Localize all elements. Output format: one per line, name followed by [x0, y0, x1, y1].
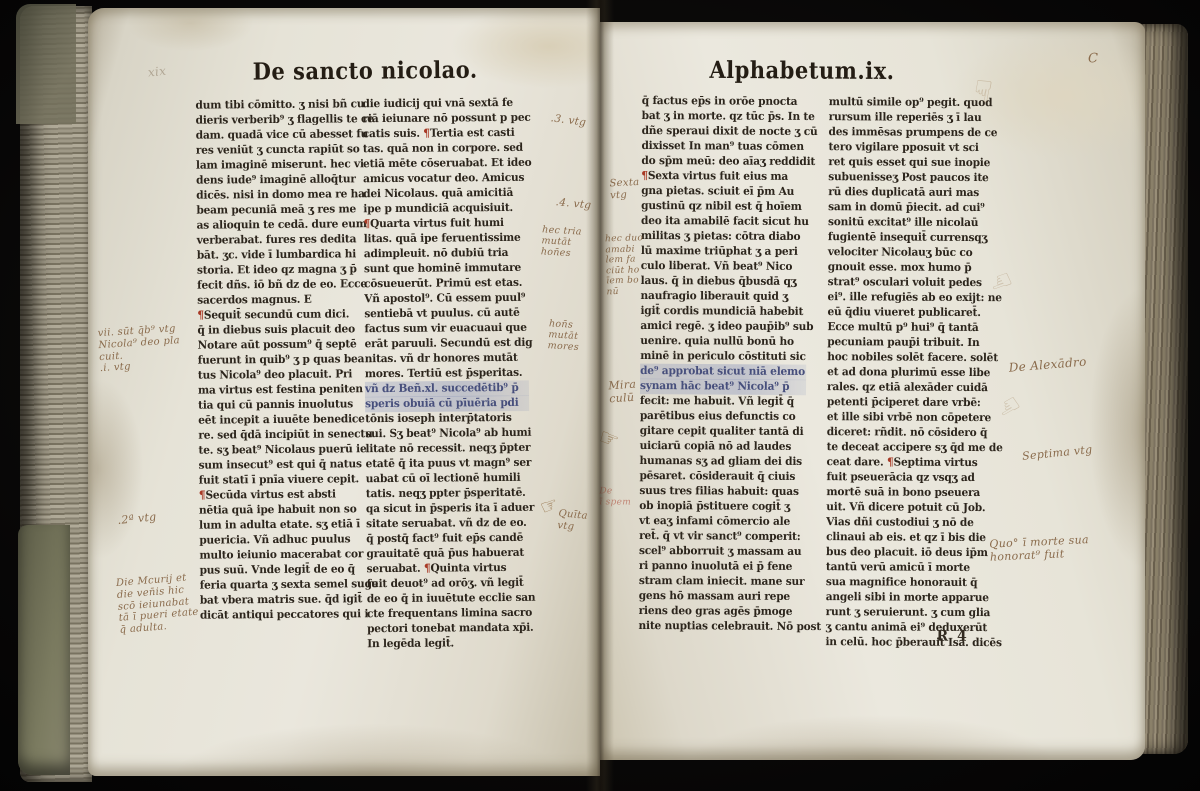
text-line: parētibus eius defunctis co — [640, 409, 806, 426]
right-page: Alphabetum.ix. C q̄ factus ep̄s in orōe … — [600, 22, 1145, 760]
text-line: rales. qz etiā alexāder cuidā — [827, 380, 991, 397]
text-line: diceret: rñdit. nō cōsidero q̄ — [827, 425, 991, 442]
text-line: fugientē insequit̄ currensqʒ — [828, 230, 992, 247]
text-line: bat ʒ in morte. qz tūc p̄s. In te — [642, 109, 808, 126]
text-line: ret̄. q̄ vt vir sanct⁹ comperit: — [639, 529, 805, 546]
signature-mark: R 4 — [936, 628, 968, 645]
text-line: gna pietas. sciuit eī p̄m Au — [641, 184, 807, 201]
margin-note-red: De ī spem — [599, 486, 631, 507]
text-line: ceat dare. ¶Septima virtus — [827, 455, 991, 472]
photo-backdrop: De sancto nicolao. dum tibi cōmitto. ʒ n… — [0, 0, 1200, 791]
text-line: lū maxime triūphat ʒ a peri — [641, 244, 807, 261]
margin-note-seventh-virtue: Septima vtg — [1022, 444, 1093, 464]
text-line: suus tres filias habuit: quas — [639, 484, 805, 501]
text-line: do sp̄m meū: deo aīaʒ reddidit — [641, 154, 807, 171]
rubric-mark: ¶ — [641, 170, 648, 183]
text-line: rursum ille reperiēs ʒ ī lau — [829, 110, 993, 127]
text-line: sua magnifice honorauit q̄ — [826, 575, 990, 592]
text-line: uit. Vñ dicere potuit cū Job. — [826, 500, 990, 517]
margin-note-honores: hon̄s mutāt mores — [547, 318, 580, 353]
right-page-header: Alphabetum.ix. — [642, 55, 962, 85]
text-line: uenire. quia nullū bonū ho — [640, 334, 806, 351]
text-line: culo liberat. Vñ beat⁹ Nico — [641, 259, 807, 276]
text-line: et ad dona plurimū esse libe — [827, 365, 991, 382]
margin-note-third-virtue: .3. vtg — [550, 112, 587, 129]
text-line: de⁹ approbat sicut niā elemo — [640, 364, 806, 381]
text-line: Ecce multū p⁹ hui⁹ q̄ tantā — [827, 320, 991, 337]
text-line: rū dies duplicatā auri mas — [828, 185, 992, 202]
corner-letter: C — [1088, 51, 1098, 66]
left-page-margin-notes: xixvii. sūt q̄b⁹ vtg Nicola⁹ deo pla cui… — [85, 6, 597, 10]
text-line: runt ʒ seruierunt. ʒ cum glia — [826, 605, 990, 622]
text-line: dixisset In man⁹ tuas cōmen — [641, 139, 807, 156]
text-line: et ille sibi vrbē non cōpetere — [827, 410, 991, 427]
text-line: eū q̄diu viueret publicaret̄. — [827, 305, 991, 322]
text-line: dñe speraui dixit de nocte ʒ cū — [642, 124, 808, 141]
text-line: deo ita amabilē facit sicut hu — [641, 214, 807, 231]
text-line: scel⁹ abborruit ʒ massam au — [639, 544, 805, 561]
text-line: dicāt antiqui peccatores qui i — [200, 607, 366, 624]
text-line: clinaui ab eis. et qz ī bis die — [826, 530, 990, 547]
text-line: tantū verū amicū ī morte — [826, 560, 990, 577]
text-line: ¶Sexta virtus fuit eius ma — [641, 169, 807, 186]
left-page: De sancto nicolao. dum tibi cōmitto. ʒ n… — [88, 8, 600, 776]
text-line: gnouit esse. mox humo p̄ — [828, 260, 992, 277]
rubric-mark: ¶ — [199, 489, 206, 502]
text-line: angeli sibi in morte apparue — [826, 590, 990, 607]
manicule-icon: ☞ — [595, 424, 623, 455]
text-line: q̄ factus ep̄s in orōe pnocta — [642, 94, 808, 111]
rubric-mark: ¶ — [197, 309, 204, 322]
margin-note-fifth-virtue: Quīta vtg — [557, 508, 588, 534]
text-line: mortē suā in bono pseuera — [826, 485, 990, 502]
margin-note-in-morte: Quo° ī morte sua honorat⁹ fuit — [989, 534, 1090, 565]
margin-note-hec-duo: hec duo amabi lem fa ciūt ho īem bo nū — [605, 233, 645, 298]
text-line: strat⁹ osculari voluit pedes — [828, 275, 992, 292]
text-line: gitare cepit qualiter tantā di — [640, 424, 806, 441]
text-line: ri panno inuolutā ei p̄ fene — [639, 559, 805, 576]
text-line: petenti p̄ciperet dare vrbē: — [827, 395, 991, 412]
text-line: tero vigilare pposuit vt sci — [828, 140, 992, 157]
text-line: naufragio liberauit quid ʒ — [641, 289, 807, 306]
text-line: militas ʒ pietas: cōtra diabo — [641, 229, 807, 246]
rubric-mark: ¶ — [423, 127, 430, 140]
text-line: In legēda legit̄. — [367, 635, 531, 652]
rubric-mark: ¶ — [887, 456, 894, 469]
text-line: humanas sʒ ad gliam dei dis — [640, 454, 806, 471]
text-line: Vias dñi custodiui ʒ nō de — [826, 515, 990, 532]
text-line: laus. q̄ in diebus q̄busdā qʒ — [641, 274, 807, 291]
text-line: synam hāc beat⁹ Nicola⁹ p̄ — [640, 379, 806, 396]
text-line: amici regē. ʒ ideo paup̄ib⁹ sub — [640, 319, 806, 336]
rubric-mark: ¶ — [424, 562, 431, 575]
text-line: bus deo placuit. iō deus ip̄m — [826, 545, 990, 562]
text-line: vt eaʒ infami cōmercio ale — [639, 514, 805, 531]
text-line: subuenisseʒ Post paucos ite — [828, 170, 992, 187]
margin-note-sixth-virtue: Sexta vtg — [609, 177, 640, 202]
margin-note-fasting: Die Mcurij et die ven̄is hic scō ieiunab… — [116, 572, 200, 637]
margin-note-hec-tria: hec tria mutāt hon̄es — [540, 224, 582, 260]
text-line: gens hō massam auri repe — [639, 589, 805, 606]
folio-mark: xix — [147, 64, 167, 80]
right-column-1: q̄ factus ep̄s in orōe pnoctabat ʒ in mo… — [639, 94, 808, 635]
text-line: nite nuptias celebrauit. Nō post — [639, 619, 805, 636]
text-line: pēsaret. cōsiderauit q̄ ciuis — [639, 469, 805, 486]
text-line: te deceat accipere sʒ q̄d me de — [827, 440, 991, 457]
text-line: stram clam iniecit. mane sur — [639, 574, 805, 591]
rubric-mark: ¶ — [363, 218, 370, 231]
text-line: igit̄ cordis mundiciā habebit — [640, 304, 806, 321]
left-page-header: De sancto nicolao. — [215, 55, 515, 86]
text-line: ei⁹. ille refugiēs ab eo exijt: ne — [828, 290, 992, 307]
left-column-2: die iudicij qui vnā sextā feriā ieiunare… — [362, 95, 531, 651]
text-line: pecuniam paup̄i tribuit. In — [827, 335, 991, 352]
manicule-icon: ☞ — [990, 386, 1026, 424]
right-column-2: multū simile op⁹ pegit. quodrursum ille … — [825, 95, 992, 651]
margin-note-second-virtue: .2ª vtg — [117, 511, 157, 528]
text-line: ret quis esset qui sue inopie — [828, 155, 992, 172]
margin-note-de-alexandro: De Alexādro — [1008, 355, 1087, 375]
margin-note-seven-virtues: vii. sūt q̄b⁹ vtg Nicola⁹ deo pla cuit. … — [97, 323, 181, 375]
text-line: fecit: me habuit. Vñ legit̄ q̄ — [640, 394, 806, 411]
book-cover-edge-top — [16, 4, 76, 124]
text-line: ob inopiā p̄stituere cogit̄ ʒ — [639, 499, 805, 516]
text-line: riens deo gras agēs p̄moge — [639, 604, 805, 621]
right-page-margin-notes: ☞Sexta vtghec duo amabi lem fa ciūt ho ī… — [602, 20, 1147, 23]
text-line: des immēsas prumpens de ce — [829, 125, 993, 142]
margin-note-miraculum: Mira culū — [608, 379, 637, 407]
margin-note-fourth-virtue: .4. vtg — [555, 196, 592, 212]
text-line: hoc nobiles solēt facere. solēt — [827, 350, 991, 367]
text-line: gustinū qz nibil est q̄ hoīem — [641, 199, 807, 216]
left-column-1: dum tibi cōmitto. ʒ nisi bñ cudieris ver… — [195, 97, 366, 623]
text-line: velociter Nicolauʒ būc co — [828, 245, 992, 262]
text-line: fuit pseuerācia qz vsqʒ ad — [826, 470, 990, 487]
text-line: sam in domū p̄iecit. ad cui⁹ — [828, 200, 992, 217]
text-line: uiciarū copiā nō ad laudes — [640, 439, 806, 456]
text-line: minē in periculo cōstituti sic — [640, 349, 806, 366]
text-line: sonitū excitat⁹ ille nicolaū — [828, 215, 992, 232]
book-cover-edge-bottom — [18, 525, 70, 775]
